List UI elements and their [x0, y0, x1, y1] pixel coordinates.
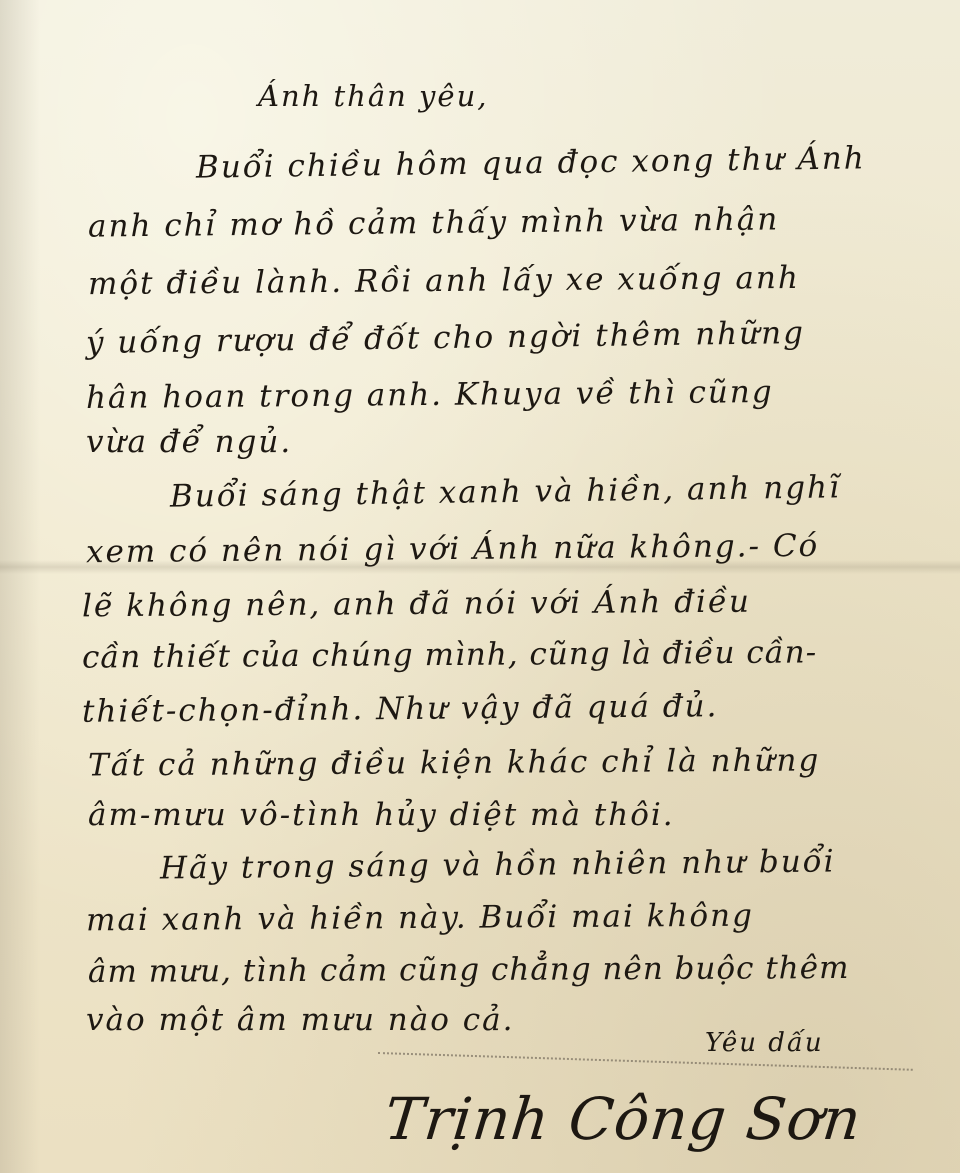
letter-line-10: cần thiết của chúng mình, cũng là điều c…: [82, 637, 817, 673]
signature: Trịnh Công Sơn: [381, 1085, 864, 1153]
letter-line-8: xem có nên nói gì với Ánh nữa không.- Có: [86, 531, 820, 568]
letter-line-4: ý uống rượu để đốt cho ngời thêm những: [86, 318, 805, 359]
letter-line-17: vào một âm mưu nào cả.: [86, 1005, 514, 1036]
letter-line-11: thiết-chọn-đỉnh. Như vậy đã quá đủ.: [82, 691, 719, 728]
letter-line-2: anh chỉ mơ hồ cảm thấy mình vừa nhận: [88, 204, 780, 242]
letter-closing: Yêu dấu: [705, 1030, 824, 1056]
letter-line-7: Buổi sáng thật xanh và hiền, anh nghĩ: [170, 472, 841, 512]
letter-line-16: âm mưu, tình cảm cũng chẳng nên buộc thê…: [88, 953, 850, 988]
letter-line-13: âm-mưu vô-tình hủy diệt mà thôi.: [88, 800, 675, 831]
letter-line-3: một điều lành. Rồi anh lấy xe xuống anh: [88, 263, 800, 300]
paper-edge-shadow: [0, 0, 40, 1173]
letter-line-6: vừa để ngủ.: [86, 427, 292, 458]
letter-line-14: Hãy trong sáng và hồn nhiên như buổi: [160, 846, 836, 884]
letter-line-12: Tất cả những điều kiện khác chỉ là những: [88, 745, 820, 781]
signature-rule: [378, 1052, 913, 1071]
letter-line-1: Buổi chiều hôm qua đọc xong thư Ánh: [196, 143, 866, 183]
letter-page: Ánh thân yêu, Buổi chiều hôm qua đọc xon…: [0, 0, 960, 1173]
letter-line-15: mai xanh và hiền này. Buổi mai không: [86, 901, 754, 937]
letter-line-9: lẽ không nên, anh đã nói với Ánh điều: [82, 587, 751, 623]
letter-line-5: hân hoan trong anh. Khuya về thì cũng: [86, 377, 774, 414]
letter-greeting: Ánh thân yêu,: [258, 82, 488, 111]
